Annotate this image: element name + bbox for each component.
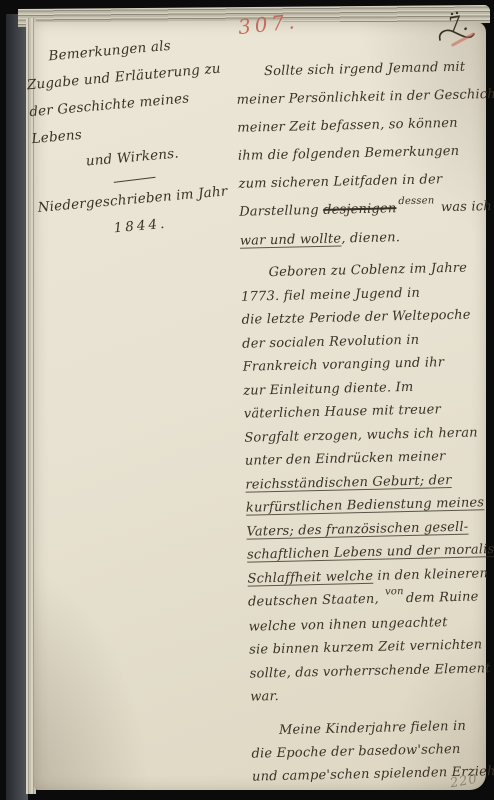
line-text: dem Ruine (406, 589, 479, 606)
line-text: was ich (436, 199, 492, 215)
paragraph-1: Sollte sich irgend Jemand mit meiner Per… (236, 53, 478, 255)
inserted-word: von (385, 580, 404, 604)
line-text: , dienen. (341, 230, 400, 246)
paragraph-2: Geboren zu Coblenz im Jahre 1773. fiel m… (240, 256, 488, 709)
line-text: Darstellung (239, 203, 323, 220)
margin-annotation: Bemerkungen als Zugabe und Erläuterung z… (24, 27, 251, 249)
inserted-word: dessen (398, 187, 435, 216)
margin-note-divider (114, 177, 156, 183)
manuscript-line-corrected: Darstellung desjenigendessen was ich (239, 193, 478, 227)
main-text-column: Sollte sich irgend Jemand mit meiner Per… (236, 53, 490, 788)
underlined-phrase: Schlaffheit welche (247, 568, 373, 586)
photographed-manuscript: 307. 7. Bemerkungen als Zugabe und Erläu… (0, 0, 494, 800)
manuscript-line: war und wollte, dienen. (240, 222, 479, 255)
underlined-phrase: war und wollte (240, 231, 342, 248)
line-text: deutschen Staaten, (248, 592, 383, 610)
book-spine-edge (6, 14, 28, 800)
struck-word: desjenigen (323, 201, 397, 218)
